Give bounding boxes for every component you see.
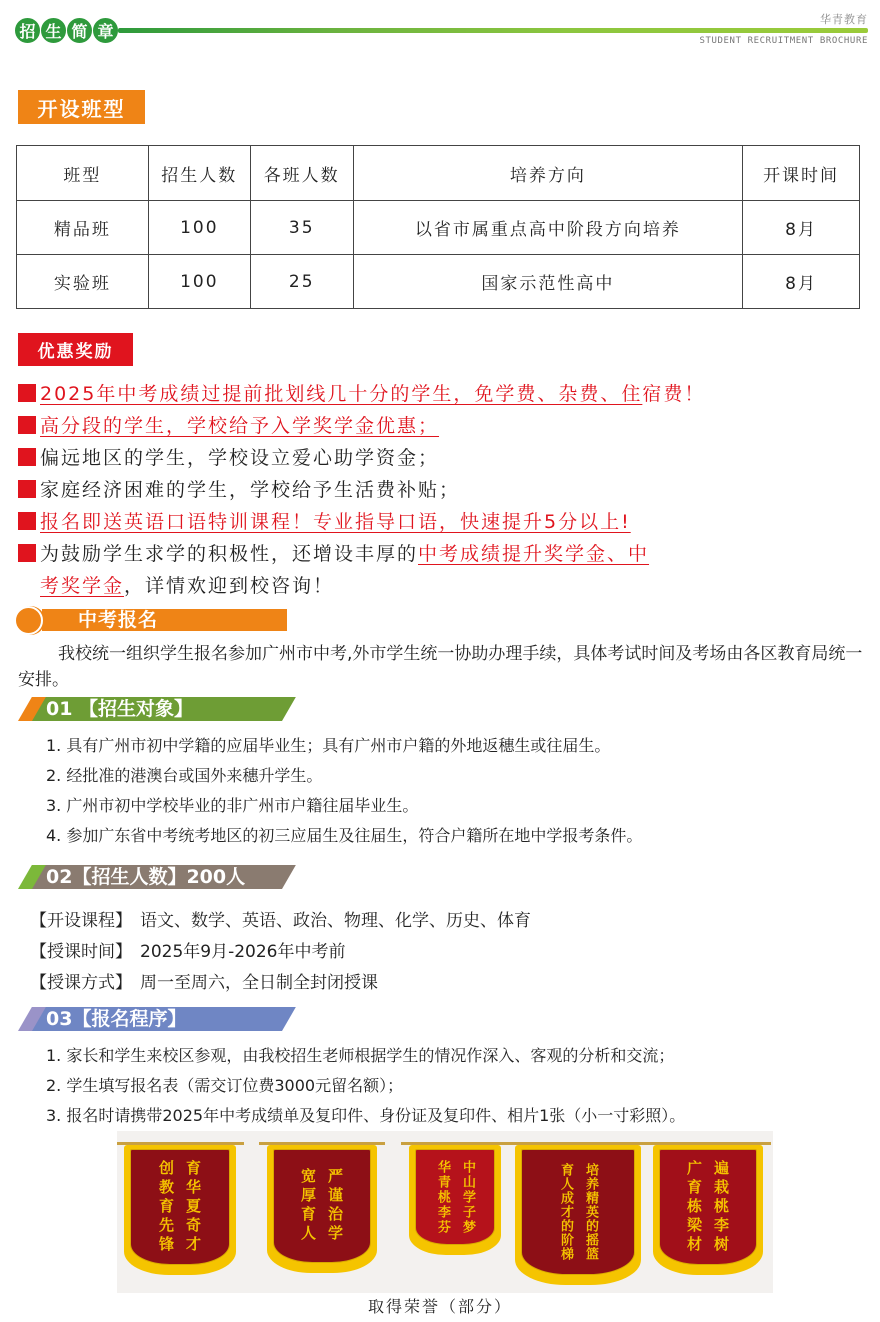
circle-icon <box>14 606 43 635</box>
table-cell: 100 <box>148 201 250 255</box>
list-item: 3. 报名时请携带2025年中考成绩单及复印件、身份证及复印件、相片1张（小一寸… <box>46 1101 685 1131</box>
info-value: 周一至周六，全日制全封闭授课 <box>140 973 378 993</box>
table-cell: 国家示范性高中 <box>353 255 742 309</box>
list-item: 2. 经批准的港澳台或国外来穗升学生。 <box>46 761 642 791</box>
badge-char: 简 <box>66 17 93 44</box>
rewards-section-title: 优惠奖励 <box>18 333 133 366</box>
info-row: 【授课时间】2025年9月-2026年中考前 <box>30 937 531 968</box>
reward-text: 考奖学金 <box>40 575 124 597</box>
table-cell: 8月 <box>743 201 860 255</box>
brand-name: 华青教育 <box>820 11 868 27</box>
bullet-square-icon <box>18 480 36 498</box>
pennant-image: 遍栽桃李树 广育栋梁材 <box>653 1145 763 1275</box>
reward-text: 宿费！ <box>642 383 705 405</box>
info-value: 2025年9月-2026年中考前 <box>140 942 345 962</box>
pennant-rod <box>645 1142 771 1145</box>
exam-section-banner: 中考报名 <box>14 607 287 633</box>
reward-item: 2025年中考成绩过提前批划线几十分的学生，免学费、杂费、住宿费！ <box>18 378 868 410</box>
table-cell: 8月 <box>743 255 860 309</box>
honors-photo: 育华夏奇才 创教育先锋 严谨治学 宽厚育人 中山学子梦 华青桃李芬 培养精英的摇… <box>117 1131 773 1293</box>
reward-text: 中考成绩提升奖学金、中 <box>418 543 649 565</box>
bullet-square-icon <box>18 384 36 402</box>
pennant-text: 育人成才的阶梯 <box>556 1163 575 1261</box>
pennant-image: 培养精英的摇篮 育人成才的阶梯 <box>515 1145 641 1285</box>
table-header-row: 班型 招生人数 各班人数 培养方向 开课时间 <box>17 146 860 201</box>
table-header: 招生人数 <box>148 146 250 201</box>
badge-char: 生 <box>40 17 67 44</box>
pennant-rod <box>117 1142 244 1145</box>
table-header: 培养方向 <box>353 146 742 201</box>
subsection-title: 03【报名程序】 <box>46 1007 186 1031</box>
subsection-header-03: 03【报名程序】 <box>18 1007 278 1031</box>
brochure-badge: 招 生 简 章 <box>14 17 118 44</box>
pennant-text: 创教育先锋 <box>156 1160 177 1255</box>
bullet-square-icon <box>18 448 36 466</box>
pennant-text: 中山学子梦 <box>458 1160 477 1235</box>
table-header: 各班人数 <box>250 146 353 201</box>
subsection-title: 02【招生人数】200人 <box>46 865 245 889</box>
table-header: 开课时间 <box>743 146 860 201</box>
reward-item: 高分段的学生，学校给予入学奖学金优惠； <box>18 410 868 442</box>
list-item: 4. 参加广东省中考统考地区的初三应届生及往届生，符合户籍所在地中学报考条件。 <box>46 821 642 851</box>
reward-item: 偏远地区的学生，学校设立爱心助学资金； <box>18 442 868 474</box>
rewards-list: 2025年中考成绩过提前批划线几十分的学生，免学费、杂费、住宿费！ 高分段的学生… <box>18 378 868 602</box>
exam-intro: 我校统一组织学生报名参加广州市中考,外市学生统一协助办理手续，具体考试时间及考场… <box>18 641 868 693</box>
pennant-image: 中山学子梦 华青桃李芬 <box>409 1145 501 1255</box>
class-section-title: 开设班型 <box>18 90 145 124</box>
table-cell: 35 <box>250 201 353 255</box>
exam-intro-text: 我校统一组织学生报名参加广州市中考,外市学生统一协助办理手续，具体考试时间及考场… <box>18 644 862 690</box>
badge-char: 招 <box>14 17 41 44</box>
enrollment-targets-list: 1. 具有广州市初中学籍的应届毕业生；具有广州市户籍的外地返穗生或往届生。 2.… <box>46 731 642 851</box>
pennant-text: 宽厚育人 <box>298 1168 319 1244</box>
table-row: 实验班 100 25 国家示范性高中 8月 <box>17 255 860 309</box>
table-cell: 以省市属重点高中阶段方向培养 <box>353 201 742 255</box>
pennant-text: 广育栋梁材 <box>684 1160 705 1255</box>
course-info: 【开设课程】语文、数学、英语、政治、物理、化学、历史、体育 【授课时间】2025… <box>30 906 531 999</box>
list-item: 1. 具有广州市初中学籍的应届毕业生；具有广州市户籍的外地返穗生或往届生。 <box>46 731 642 761</box>
subsection-header-01: 01 【招生对象】 <box>18 697 278 721</box>
pennant-text: 严谨治学 <box>325 1168 346 1244</box>
reward-text: ，详情欢迎到校咨询！ <box>124 575 334 597</box>
pennant-text: 华青桃李芬 <box>433 1160 452 1235</box>
info-label: 【开设课程】 <box>30 911 132 931</box>
list-item: 2. 学生填写报名表（需交订位费3000元留名额）； <box>46 1071 685 1101</box>
class-table: 班型 招生人数 各班人数 培养方向 开课时间 精品班 100 35 以省市属重点… <box>16 145 860 309</box>
table-cell: 25 <box>250 255 353 309</box>
reward-item: 家庭经济困难的学生，学校给予生活费补贴； <box>18 474 868 506</box>
list-item: 3. 广州市初中学校毕业的非广州市户籍往届毕业生。 <box>46 791 642 821</box>
page-header: 招 生 简 章 华青教育 STUDENT RECRUITMENT BROCHUR… <box>0 0 880 50</box>
pennant-image: 育华夏奇才 创教育先锋 <box>124 1145 236 1275</box>
registration-steps-list: 1. 家长和学生来校区参观，由我校招生老师根据学生的情况作深入、客观的分析和交流… <box>46 1041 685 1131</box>
table-cell: 精品班 <box>17 201 149 255</box>
table-header: 班型 <box>17 146 149 201</box>
pennant-rod <box>259 1142 385 1145</box>
badge-char: 章 <box>92 17 119 44</box>
info-label: 【授课时间】 <box>30 942 132 962</box>
list-item: 1. 家长和学生来校区参观，由我校招生老师根据学生的情况作深入、客观的分析和交流… <box>46 1041 685 1071</box>
table-cell: 100 <box>148 255 250 309</box>
pennant-rod <box>507 1142 649 1145</box>
reward-item-continuation: 考奖学金，详情欢迎到校咨询！ <box>18 570 868 602</box>
reward-text: 报名即送英语口语特训课程！专业指导口语，快速提升5分以上! <box>40 511 631 533</box>
pennant-image: 严谨治学 宽厚育人 <box>267 1145 377 1273</box>
reward-text: 家庭经济困难的学生，学校给予生活费补贴； <box>40 479 460 501</box>
table-cell: 实验班 <box>17 255 149 309</box>
pennant-text: 培养精英的摇篮 <box>581 1163 600 1261</box>
reward-item: 报名即送英语口语特训课程！专业指导口语，快速提升5分以上! <box>18 506 868 538</box>
info-label: 【授课方式】 <box>30 973 132 993</box>
bullet-square-icon <box>18 416 36 434</box>
reward-item: 为鼓励学生求学的积极性，还增设丰厚的中考成绩提升奖学金、中 <box>18 538 868 570</box>
subsection-title: 01 【招生对象】 <box>46 697 193 721</box>
reward-text: 2025年中考成绩过提前批划线几十分的学生，免学费、杂费、住 <box>40 383 642 405</box>
pennant-rod <box>401 1142 509 1145</box>
reward-text: 为鼓励学生求学的积极性，还增设丰厚的 <box>40 543 418 565</box>
table-row: 精品班 100 35 以省市属重点高中阶段方向培养 8月 <box>17 201 860 255</box>
reward-text: 偏远地区的学生，学校设立爱心助学资金； <box>40 447 439 469</box>
bullet-square-icon <box>18 544 36 562</box>
info-row: 【开设课程】语文、数学、英语、政治、物理、化学、历史、体育 <box>30 906 531 937</box>
subsection-header-02: 02【招生人数】200人 <box>18 865 278 889</box>
photo-caption: 取得荣誉（部分） <box>0 1294 880 1317</box>
header-divider <box>118 28 868 33</box>
info-row: 【授课方式】周一至周六，全日制全封闭授课 <box>30 968 531 999</box>
pennant-text: 育华夏奇才 <box>183 1160 204 1255</box>
reward-text: 高分段的学生，学校给予入学奖学金优惠； <box>40 415 439 437</box>
pennant-text: 遍栽桃李树 <box>711 1160 732 1255</box>
brochure-subtitle: STUDENT RECRUITMENT BROCHURE <box>699 36 868 46</box>
exam-section-title: 中考报名 <box>78 607 158 633</box>
info-value: 语文、数学、英语、政治、物理、化学、历史、体育 <box>140 911 531 931</box>
bullet-square-icon <box>18 512 36 530</box>
